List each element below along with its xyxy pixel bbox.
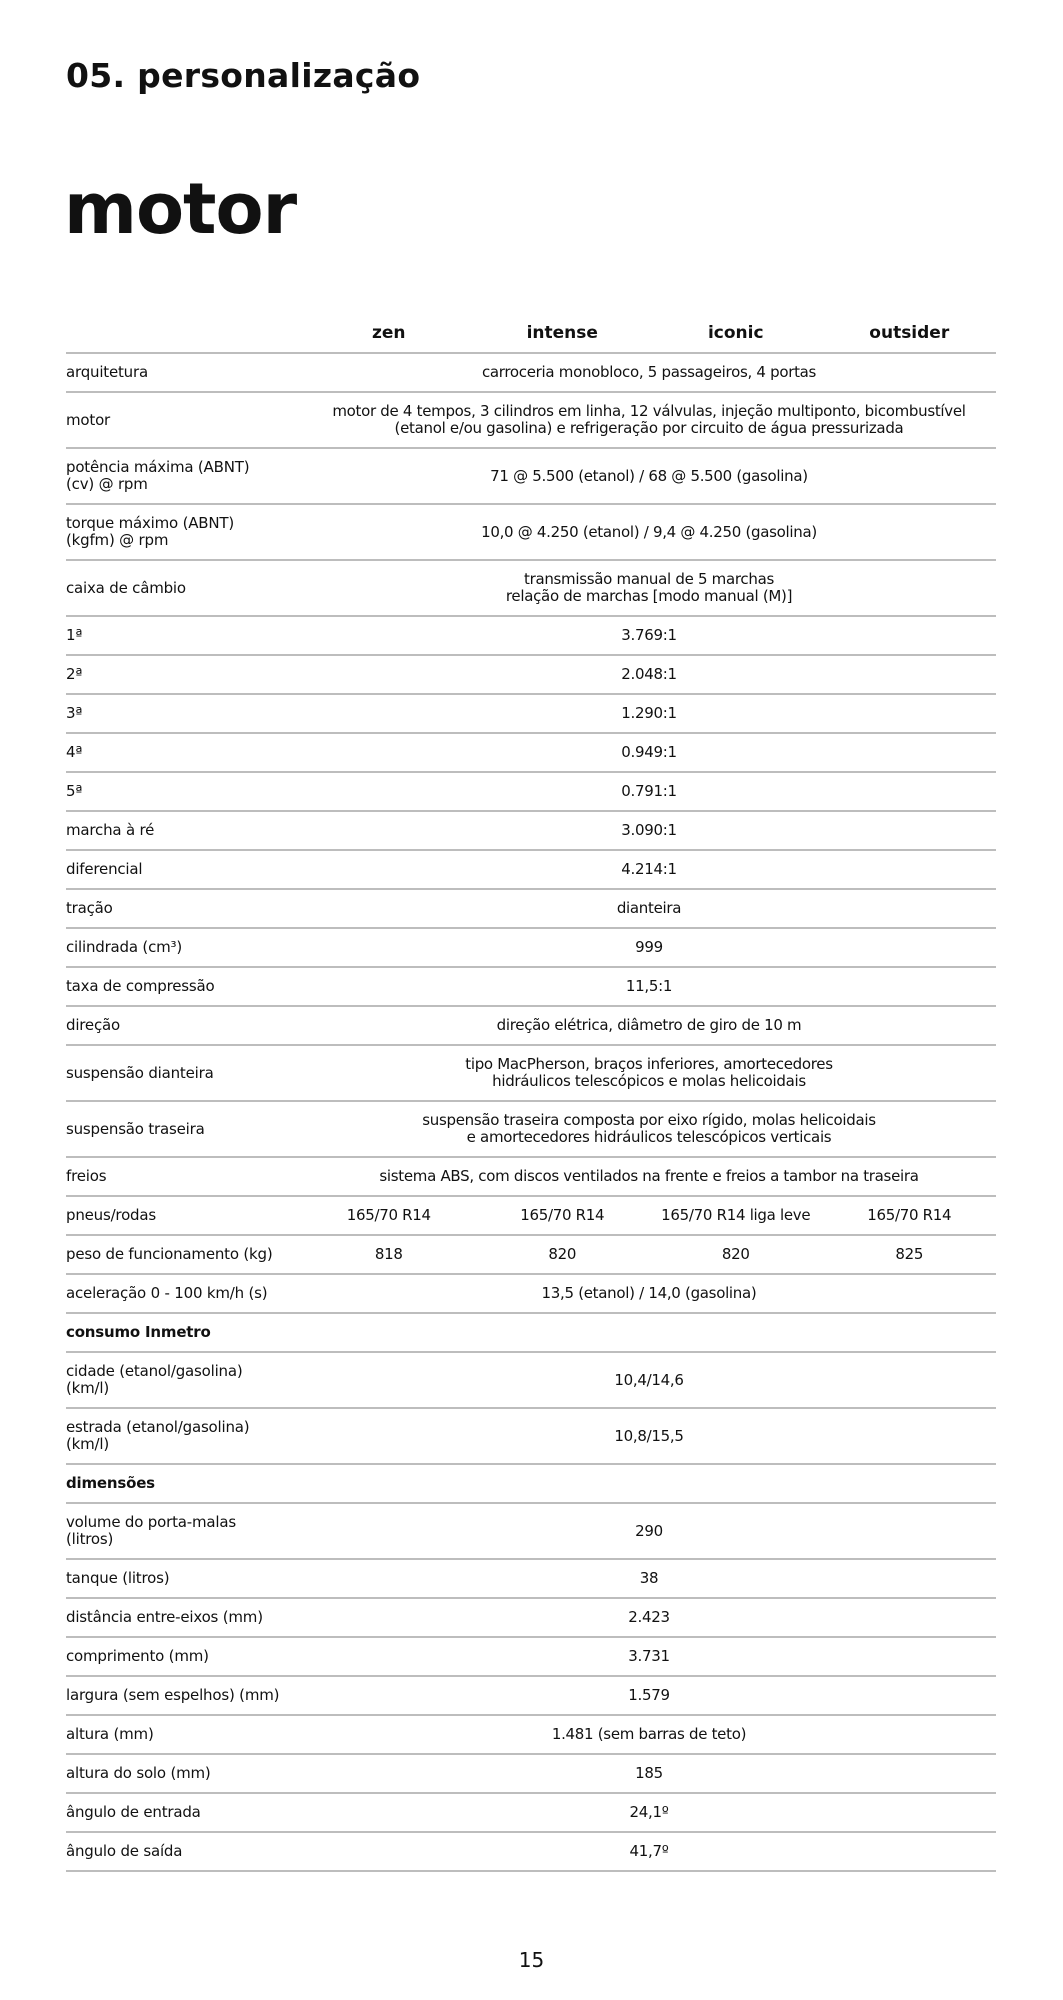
table-row: suspensão traseirasuspensão traseira com…: [66, 1102, 996, 1158]
spec-value: 999: [302, 939, 996, 956]
spec-value: 4.214:1: [302, 861, 996, 878]
table-row: potência máxima (ABNT)(cv) @ rpm71 @ 5.5…: [66, 449, 996, 505]
section-header-row: dimensões: [66, 1465, 996, 1504]
spec-label: freios: [66, 1168, 302, 1185]
spec-value: 0.949:1: [302, 744, 996, 761]
table-row: 1ª3.769:1: [66, 617, 996, 656]
spec-value: sistema ABS, com discos ventilados na fr…: [302, 1168, 996, 1185]
spec-value: 71 @ 5.500 (etanol) / 68 @ 5.500 (gasoli…: [302, 468, 996, 485]
spec-value: dianteira: [302, 900, 996, 917]
table-row: cilindrada (cm³)999: [66, 929, 996, 968]
spec-label: taxa de compressão: [66, 978, 302, 995]
table-row: ângulo de entrada24,1º: [66, 1794, 996, 1833]
spec-value: carroceria monobloco, 5 passageiros, 4 p…: [302, 364, 996, 381]
table-row: 3ª1.290:1: [66, 695, 996, 734]
spec-label: ângulo de saída: [66, 1843, 302, 1860]
spec-value: tipo MacPherson, braços inferiores, amor…: [302, 1056, 996, 1090]
spec-label: comprimento (mm): [66, 1648, 302, 1665]
spec-value-zen: 165/70 R14: [302, 1207, 476, 1224]
spec-label: peso de funcionamento (kg): [66, 1246, 302, 1263]
table-row: peso de funcionamento (kg)818820820825: [66, 1236, 996, 1275]
table-header: zen intense iconic outsider: [66, 314, 996, 354]
spec-label: 2ª: [66, 666, 302, 683]
table-row: suspensão dianteiratipo MacPherson, braç…: [66, 1046, 996, 1102]
spec-label: tração: [66, 900, 302, 917]
spec-value-iconic: 820: [649, 1246, 823, 1263]
spec-label: diferencial: [66, 861, 302, 878]
spec-value: 3.090:1: [302, 822, 996, 839]
spec-label: marcha à ré: [66, 822, 302, 839]
spec-label: aceleração 0 - 100 km/h (s): [66, 1285, 302, 1302]
spec-label: volume do porta-malas(litros): [66, 1514, 302, 1548]
section-title: 05. personalização: [66, 56, 420, 95]
table-row: caixa de câmbiotransmissão manual de 5 m…: [66, 561, 996, 617]
spec-value: 1.290:1: [302, 705, 996, 722]
spec-label: cilindrada (cm³): [66, 939, 302, 956]
spec-value-outsider: 825: [823, 1246, 997, 1263]
spec-value: transmissão manual de 5 marchasrelação d…: [302, 571, 996, 605]
table-row: 4ª0.949:1: [66, 734, 996, 773]
spec-label: suspensão traseira: [66, 1121, 302, 1138]
spec-value: 2.048:1: [302, 666, 996, 683]
column-header-outsider: outsider: [823, 323, 997, 343]
spec-value: 3.769:1: [302, 627, 996, 644]
spec-label: 4ª: [66, 744, 302, 761]
table-row: cidade (etanol/gasolina)(km/l)10,4/14,6: [66, 1353, 996, 1409]
spec-value-outsider: 165/70 R14: [823, 1207, 997, 1224]
spec-value: motor de 4 tempos, 3 cilindros em linha,…: [302, 403, 996, 437]
table-row: direçãodireção elétrica, diâmetro de gir…: [66, 1007, 996, 1046]
spec-value: 41,7º: [302, 1843, 996, 1860]
spec-label: motor: [66, 412, 302, 429]
page-heading: motor: [64, 168, 296, 250]
column-header-iconic: iconic: [649, 323, 823, 343]
spec-value: direção elétrica, diâmetro de giro de 10…: [302, 1017, 996, 1034]
table-row: taxa de compressão11,5:1: [66, 968, 996, 1007]
spec-value: 290: [302, 1523, 996, 1540]
section-header-label: consumo Inmetro: [66, 1324, 302, 1341]
table-row: altura (mm)1.481 (sem barras de teto): [66, 1716, 996, 1755]
spec-value: 10,8/15,5: [302, 1428, 996, 1445]
spec-label: 3ª: [66, 705, 302, 722]
table-row: freiossistema ABS, com discos ventilados…: [66, 1158, 996, 1197]
table-row: largura (sem espelhos) (mm)1.579: [66, 1677, 996, 1716]
spec-value: 11,5:1: [302, 978, 996, 995]
table-row: comprimento (mm)3.731: [66, 1638, 996, 1677]
column-header-zen: zen: [302, 323, 476, 343]
spec-label: altura do solo (mm): [66, 1765, 302, 1782]
spec-label: distância entre-eixos (mm): [66, 1609, 302, 1626]
spec-value: suspensão traseira composta por eixo ríg…: [302, 1112, 996, 1146]
table-row: traçãodianteira: [66, 890, 996, 929]
spec-label: cidade (etanol/gasolina)(km/l): [66, 1363, 302, 1397]
table-row: arquiteturacarroceria monobloco, 5 passa…: [66, 354, 996, 393]
spec-label: torque máximo (ABNT)(kgfm) @ rpm: [66, 515, 302, 549]
spec-label: estrada (etanol/gasolina)(km/l): [66, 1419, 302, 1453]
column-header-intense: intense: [476, 323, 650, 343]
spec-label: direção: [66, 1017, 302, 1034]
spec-value: 13,5 (etanol) / 14,0 (gasolina): [302, 1285, 996, 1302]
section-header-label: dimensões: [66, 1475, 302, 1492]
spec-label: arquitetura: [66, 364, 302, 381]
spec-label: largura (sem espelhos) (mm): [66, 1687, 302, 1704]
table-row: aceleração 0 - 100 km/h (s)13,5 (etanol)…: [66, 1275, 996, 1314]
table-row: 5ª0.791:1: [66, 773, 996, 812]
spec-label: suspensão dianteira: [66, 1065, 302, 1082]
spec-value-intense: 165/70 R14: [476, 1207, 650, 1224]
table-row: estrada (etanol/gasolina)(km/l)10,8/15,5: [66, 1409, 996, 1465]
spec-label: potência máxima (ABNT)(cv) @ rpm: [66, 459, 302, 493]
table-row: motormotor de 4 tempos, 3 cilindros em l…: [66, 393, 996, 449]
spec-value: 0.791:1: [302, 783, 996, 800]
spec-value: 10,0 @ 4.250 (etanol) / 9,4 @ 4.250 (gas…: [302, 524, 996, 541]
table-row: altura do solo (mm)185: [66, 1755, 996, 1794]
table-row: diferencial4.214:1: [66, 851, 996, 890]
spec-label: 1ª: [66, 627, 302, 644]
spec-value-iconic: 165/70 R14 liga leve: [649, 1207, 823, 1224]
table-row: 2ª2.048:1: [66, 656, 996, 695]
spec-value: 24,1º: [302, 1804, 996, 1821]
table-body: arquiteturacarroceria monobloco, 5 passa…: [66, 354, 996, 1872]
table-row: tanque (litros)38: [66, 1560, 996, 1599]
spec-label: caixa de câmbio: [66, 580, 302, 597]
table-row: ângulo de saída41,7º: [66, 1833, 996, 1872]
spec-value-intense: 820: [476, 1246, 650, 1263]
spec-label: altura (mm): [66, 1726, 302, 1743]
table-row: pneus/rodas165/70 R14165/70 R14165/70 R1…: [66, 1197, 996, 1236]
spec-value-zen: 818: [302, 1246, 476, 1263]
page-number: 15: [0, 1948, 1063, 1972]
spec-value: 1.579: [302, 1687, 996, 1704]
spec-value: 38: [302, 1570, 996, 1587]
spec-value: 2.423: [302, 1609, 996, 1626]
spec-table: zen intense iconic outsider arquiteturac…: [66, 314, 996, 1872]
spec-label: ângulo de entrada: [66, 1804, 302, 1821]
section-header-row: consumo Inmetro: [66, 1314, 996, 1353]
table-row: volume do porta-malas(litros)290: [66, 1504, 996, 1560]
table-row: distância entre-eixos (mm)2.423: [66, 1599, 996, 1638]
spec-value: 3.731: [302, 1648, 996, 1665]
spec-label: pneus/rodas: [66, 1207, 302, 1224]
spec-value: 1.481 (sem barras de teto): [302, 1726, 996, 1743]
spec-label: tanque (litros): [66, 1570, 302, 1587]
spec-label: 5ª: [66, 783, 302, 800]
table-row: torque máximo (ABNT)(kgfm) @ rpm10,0 @ 4…: [66, 505, 996, 561]
spec-value: 185: [302, 1765, 996, 1782]
spec-value: 10,4/14,6: [302, 1372, 996, 1389]
table-row: marcha à ré3.090:1: [66, 812, 996, 851]
